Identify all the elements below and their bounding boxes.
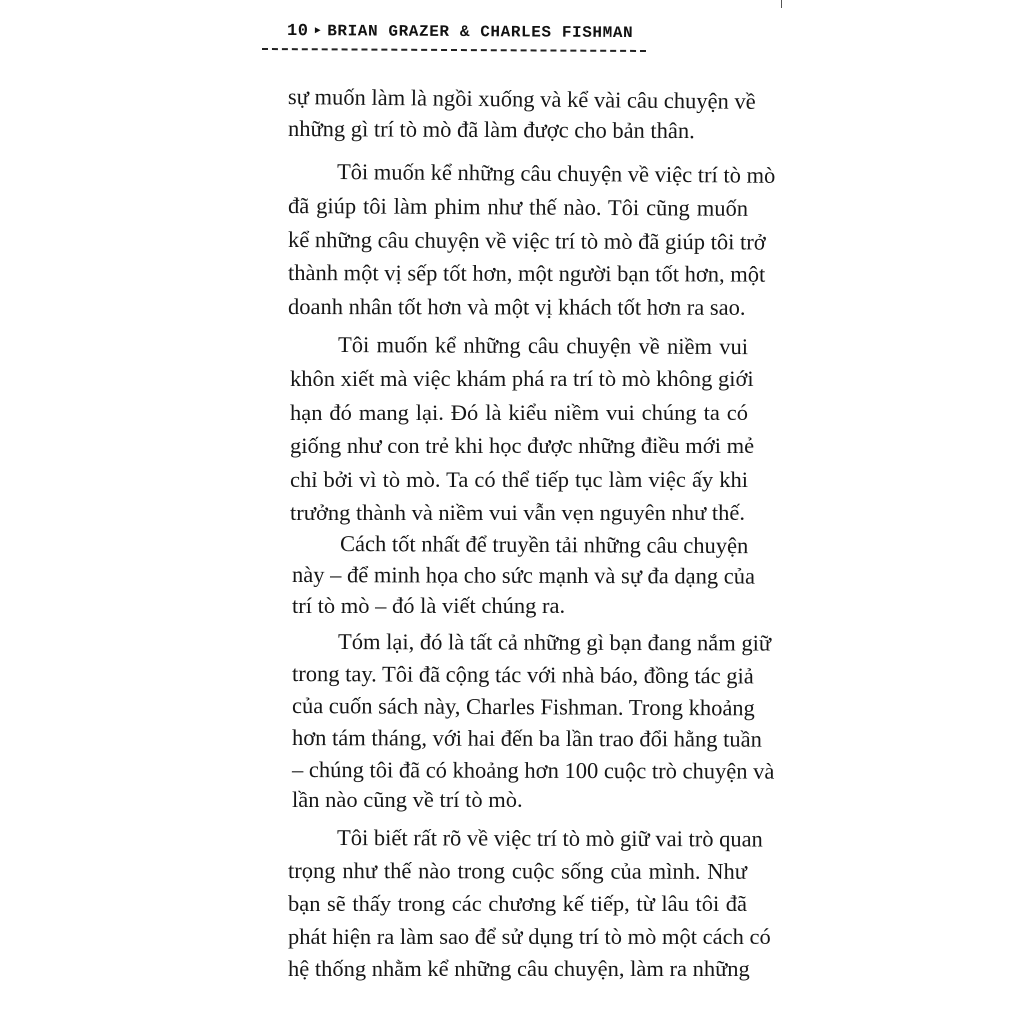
book-page: 10►BRIAN GRAZER & CHARLES FISHMAN sự muố… bbox=[0, 0, 1024, 1024]
text-line: khôn xiết mà việc khám phá ra trí tò mò … bbox=[290, 364, 748, 394]
text-line: này – để minh họa cho sức mạnh và sự đa … bbox=[292, 560, 744, 592]
text-line: hơn tám tháng, với hai đến ba lần trao đ… bbox=[292, 723, 748, 755]
text-line: trí tò mò – đó là viết chúng ra. bbox=[292, 591, 744, 621]
text-line: Tôi muốn kể những câu chuyện về việc trí… bbox=[337, 157, 748, 191]
text-line: của cuốn sách này, Charles Fishman. Tron… bbox=[292, 691, 748, 723]
text-line: phát hiện ra làm sao để sử dụng trí tò m… bbox=[288, 922, 747, 952]
text-line: Tôi muốn kể những câu chuyện về niềm vui bbox=[338, 330, 748, 362]
text-line: hệ thống nhằm kể những câu chuyện, làm r… bbox=[288, 954, 747, 984]
text-line: những gì trí tò mò đã làm được cho bản t… bbox=[288, 114, 747, 146]
text-line: giống như con trẻ khi học được những điề… bbox=[290, 431, 748, 461]
text-line: – chúng tôi đã có khoảng hơn 100 cuộc tr… bbox=[292, 755, 748, 787]
body-text: sự muốn làm là ngồi xuống và kể vài câu … bbox=[0, 0, 1024, 1024]
text-line: Tóm lại, đó là tất cả những gì bạn đang … bbox=[338, 627, 748, 658]
text-line: trưởng thành và niềm vui vẫn vẹn nguyên … bbox=[290, 498, 748, 528]
text-line: thành một vị sếp tốt hơn, một người bạn … bbox=[288, 258, 748, 290]
text-line: kể những câu chuyện về việc trí tò mò đã… bbox=[288, 225, 748, 257]
text-line: Tôi biết rất rõ về việc trí tò mò giữ va… bbox=[337, 823, 747, 854]
text-line: sự muốn làm là ngồi xuống và kể vài câu … bbox=[288, 82, 747, 117]
text-line: bạn sẽ thấy trong các chương kế tiếp, từ… bbox=[288, 889, 747, 919]
text-line: trọng như thế nào trong cuộc sống của mì… bbox=[288, 856, 747, 887]
text-line: chỉ bởi vì tò mò. Ta có thể tiếp tục làm… bbox=[290, 465, 748, 495]
text-line: doanh nhân tốt hơn và một vị khách tốt h… bbox=[288, 292, 748, 323]
text-line: Cách tốt nhất để truyền tải những câu ch… bbox=[340, 529, 744, 561]
text-line: trong tay. Tôi đã cộng tác với nhà báo, … bbox=[292, 659, 748, 691]
text-line: đã giúp tôi làm phim như thế nào. Tôi cũ… bbox=[288, 191, 748, 224]
text-line: hạn đó mang lại. Đó là kiểu niềm vui chú… bbox=[290, 398, 748, 428]
text-line: lần nào cũng về trí tò mò. bbox=[292, 785, 748, 815]
